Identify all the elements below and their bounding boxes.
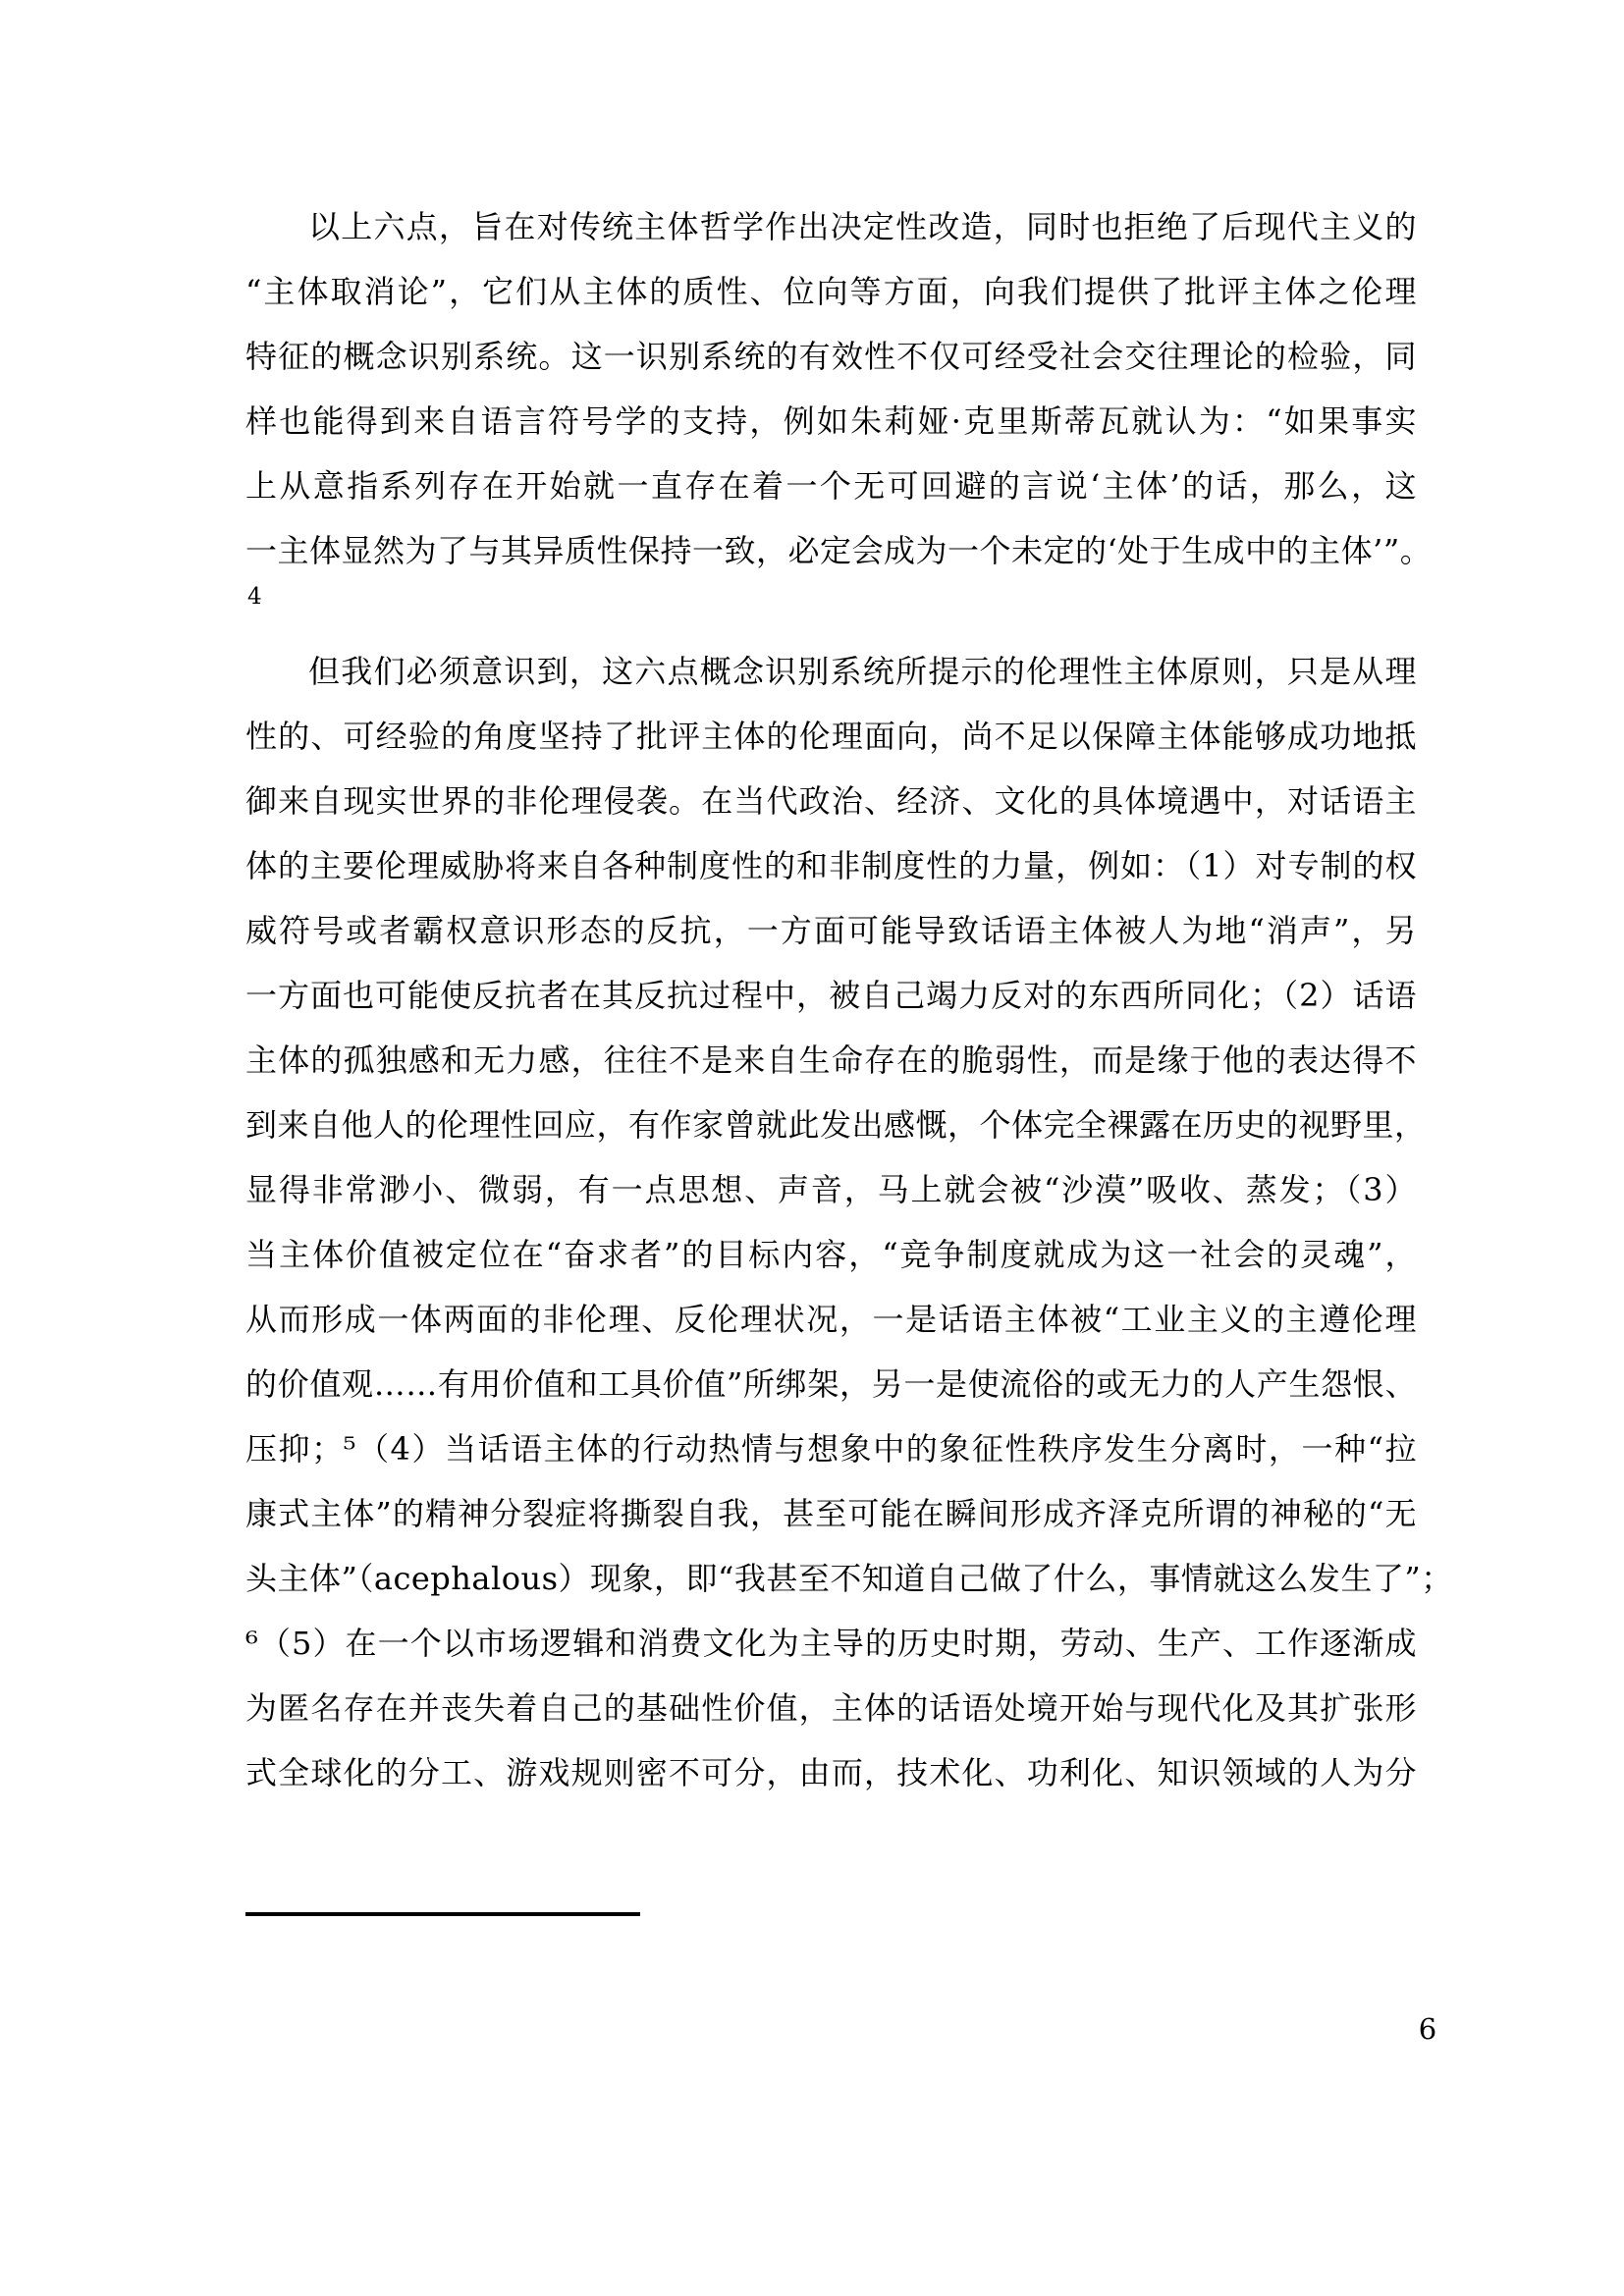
text-line: 御来自现实世界的非伦理侵袭。在当代政治、经济、文化的具体境遇中，对话语主 — [245, 769, 1417, 833]
text-line: 显得非常渺小、微弱，有一点思想、声音，马上就会被“沙漠”吸收、蒸发；（3） — [245, 1157, 1417, 1222]
text-line: 到来自他人的伦理性回应，有作家曾就此发出感慨，个体完全裸露在历史的视野里， — [245, 1093, 1417, 1157]
text-line: 上从意指系列存在开始就一直存在着一个无可回避的言说‘主体’的话，那么，这 — [245, 454, 1417, 518]
text-line: 以上六点，旨在对传统主体哲学作出决定性改造，同时也拒绝了后现代主义的 — [245, 194, 1417, 259]
text-line: 一主体显然为了与其异质性保持一致，必定会成为一个未定的‘处于生成中的主体’”。 — [245, 518, 1417, 583]
text-line: 式全球化的分工、游戏规则密不可分，由而，技术化、功利化、知识领域的人为分 — [245, 1740, 1417, 1805]
text-line: 但我们必须意识到，这六点概念识别系统所提示的伦理性主体原则，只是从理 — [245, 639, 1417, 704]
footnote-reference-4: 4 — [247, 585, 262, 609]
paragraph-1: 以上六点，旨在对传统主体哲学作出决定性改造，同时也拒绝了后现代主义的“主体取消论… — [245, 194, 1417, 583]
document-page: 以上六点，旨在对传统主体哲学作出决定性改造，同时也拒绝了后现代主义的“主体取消论… — [0, 0, 1624, 2296]
text-line: 主体的孤独感和无力感，往往不是来自生命存在的脆弱性，而是缘于他的表达得不 — [245, 1028, 1417, 1093]
text-line: 压抑；⁵（4）当话语主体的行动热情与想象中的象征性秩序发生分离时，一种“拉 — [245, 1416, 1417, 1481]
text-line: ⁶（5）在一个以市场逻辑和消费文化为主导的历史时期，劳动、生产、工作逐渐成 — [245, 1611, 1417, 1676]
text-line: 康式主体”的精神分裂症将撕裂自我，甚至可能在瞬间形成齐泽克所谓的神秘的“无 — [245, 1481, 1417, 1546]
text-line: “主体取消论”，它们从主体的质性、位向等方面，向我们提供了批评主体之伦理 — [245, 259, 1417, 324]
text-line: 为匿名存在并丧失着自己的基础性价值，主体的话语处境开始与现代化及其扩张形 — [245, 1676, 1417, 1740]
page-number: 6 — [1410, 2012, 1445, 2046]
text-line: 特征的概念识别系统。这一识别系统的有效性不仅可经受社会交往理论的检验，同 — [245, 324, 1417, 389]
text-line: 从而形成一体两面的非伦理、反伦理状况，一是话语主体被“工业主义的主遵伦理 — [245, 1287, 1417, 1352]
text-line: 的价值观……有用价值和工具价值”所绑架，另一是使流俗的或无力的人产生怨恨、 — [245, 1352, 1417, 1416]
paragraph-2: 但我们必须意识到，这六点概念识别系统所提示的伦理性主体原则，只是从理性的、可经验… — [245, 639, 1417, 1805]
text-line: 当主体价值被定位在“奋求者”的目标内容，“竞争制度就成为这一社会的灵魂”， — [245, 1222, 1417, 1287]
text-line: 体的主要伦理威胁将来自各种制度性的和非制度性的力量，例如：（1）对专制的权 — [245, 833, 1417, 898]
text-line: 样也能得到来自语言符号学的支持，例如朱莉娅·克里斯蒂瓦就认为：“如果事实 — [245, 389, 1417, 454]
text-line: 威符号或者霸权意识形态的反抗，一方面可能导致话语主体被人为地“消声”，另 — [245, 898, 1417, 963]
text-line: 性的、可经验的角度坚持了批评主体的伦理面向，尚不足以保障主体能够成功地抵 — [245, 704, 1417, 769]
text-line: 一方面也可能使反抗者在其反抗过程中，被自己竭力反对的东西所同化；（2）话语 — [245, 963, 1417, 1028]
footnote-separator-rule — [245, 1912, 640, 1916]
text-line: 头主体”（acephalous）现象，即“我甚至不知道自己做了什么，事情就这么发… — [245, 1546, 1417, 1611]
